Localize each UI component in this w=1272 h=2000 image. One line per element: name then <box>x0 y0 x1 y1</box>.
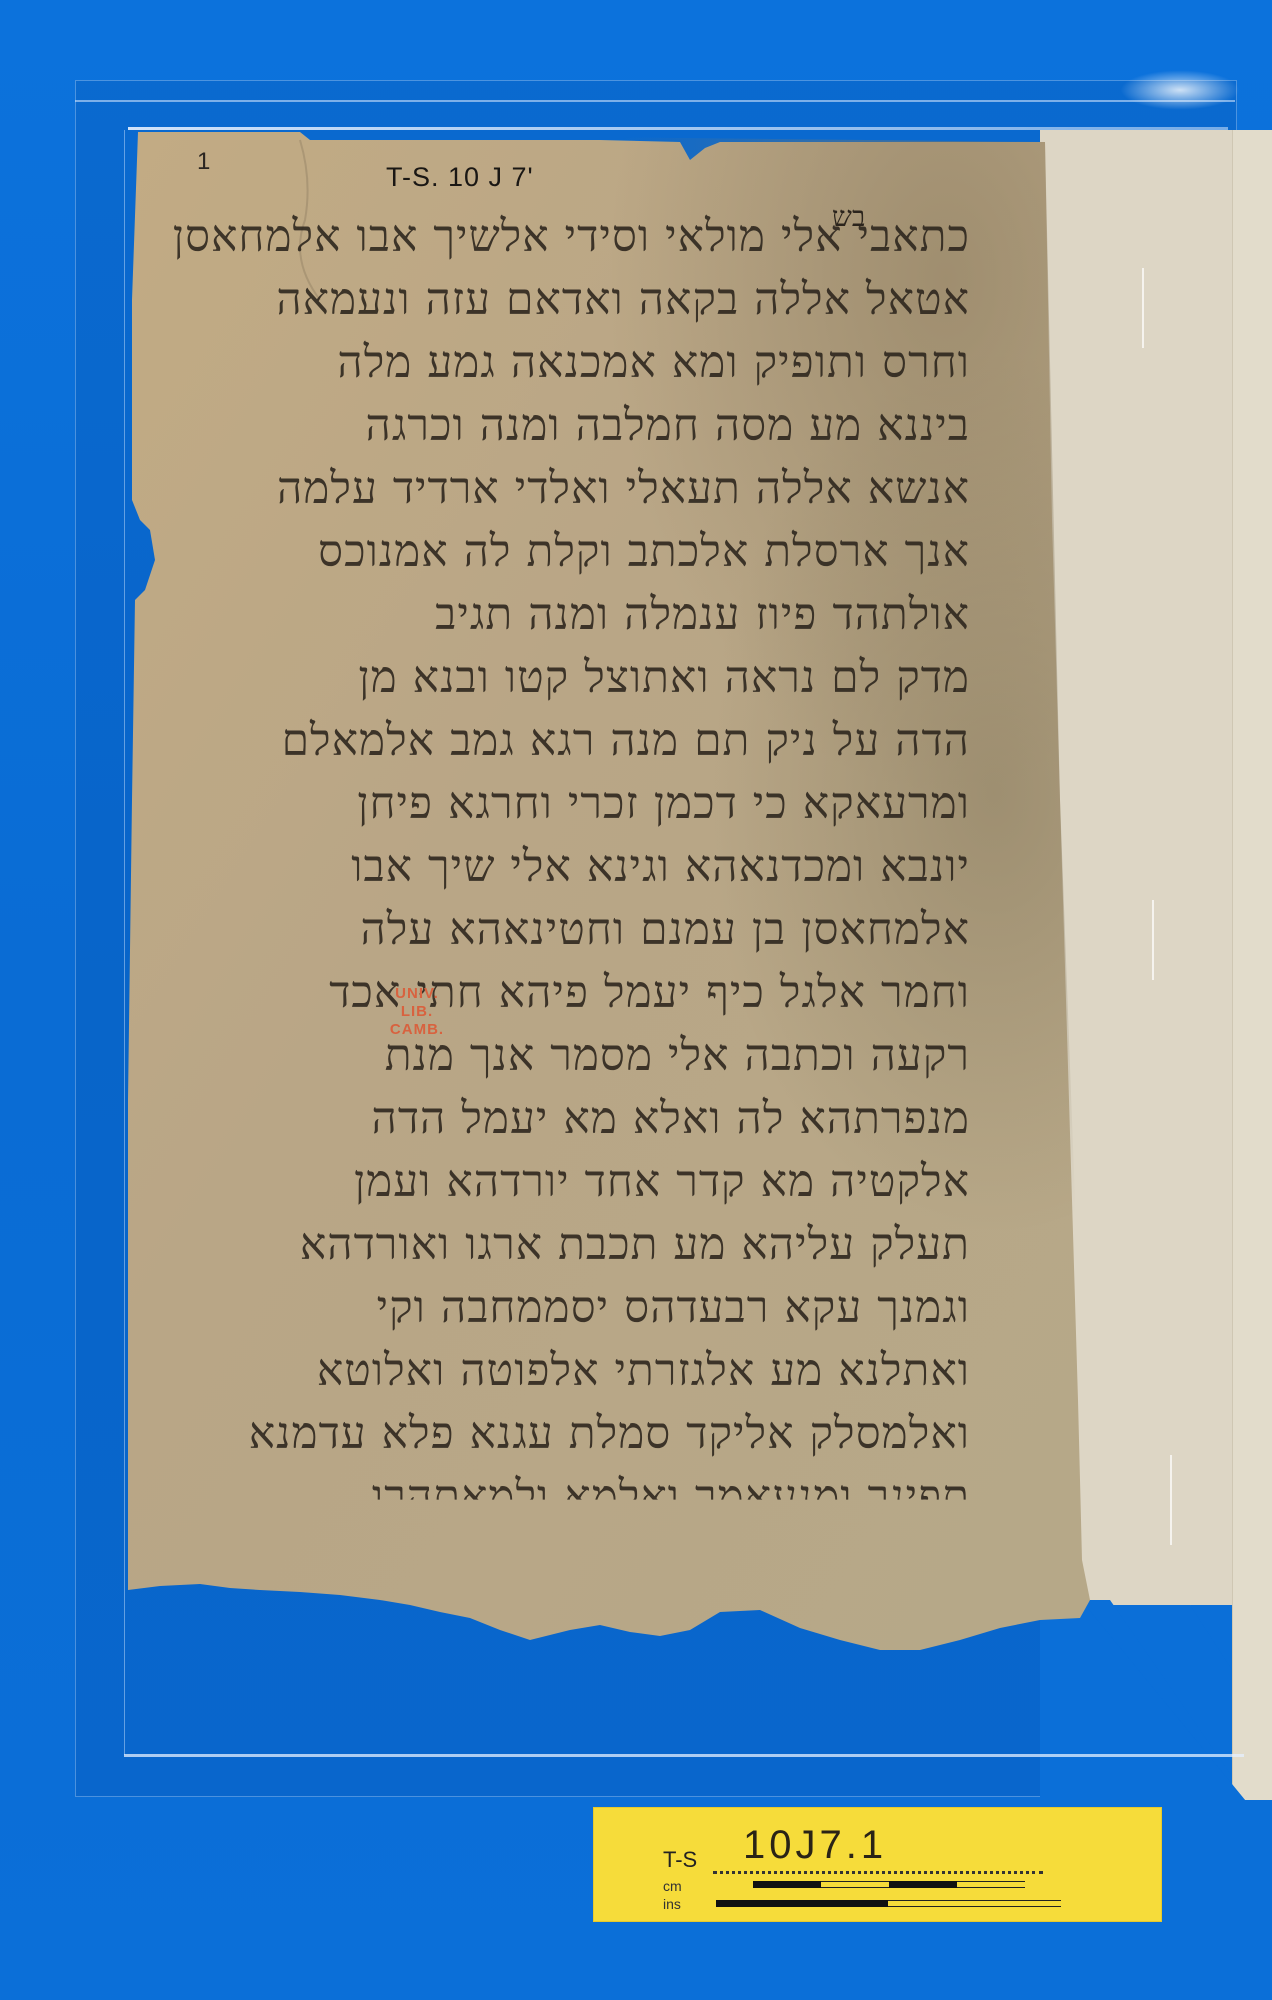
sleeve-edge-bottom <box>124 1754 1244 1757</box>
stamp-line: UNIV. <box>387 985 447 1003</box>
sleeve-edge-left <box>124 130 125 1755</box>
text-line: וחרס ותופיק ומא אמכנאה גמע מלה <box>150 331 970 394</box>
stamp-line: CAMB. <box>387 1021 447 1039</box>
scale-ins-label: ins <box>663 1896 681 1912</box>
text-line: אנך ארסלת אלכתב וקלת לה אמנוכס <box>150 520 970 583</box>
text-line: ואלמסלק אליקד סמלת עגנא פלא עדמנא <box>150 1402 970 1465</box>
text-line: וגמנך עקא רבעדהס יסממחבה וקי <box>150 1276 970 1339</box>
text-line: אנשא אללה תעאלי ואלדי ארדיד עלמה <box>150 457 970 520</box>
text-line: רקעה וכתבה אלי מסמר אנך מנת <box>150 1024 970 1087</box>
label-prefix: T-S <box>663 1847 697 1873</box>
text-line: וחמר אלגל כיף יעמל פיהא חתי אכד <box>150 961 970 1024</box>
stamp-line: LIB. <box>387 1003 447 1021</box>
text-line: ביננא מע מסה חמלבה ומנה וכרגה <box>150 394 970 457</box>
label-handwritten-number: 10J7.1 <box>743 1823 887 1868</box>
text-line: אלקטיה מא קדר אחד יורדהא ועמן <box>150 1150 970 1213</box>
shelfmark-label: T-S 10J7.1 cm ins <box>593 1807 1162 1922</box>
text-line: תעלק עליהא מע תכבת ארגו ואורדהא <box>150 1213 970 1276</box>
manuscript-text: כתאבי אלי מולאי וסידי אלשיך אבו אלמחאסן … <box>150 180 970 1528</box>
text-line-torn: תפינך ומנעאמך ואלמא ולמאתהרו <box>150 1465 970 1528</box>
text-line: מדק לם נראה ואתוצל קטו ובנא מן <box>150 646 970 709</box>
text-line: הדה על ניק תם מנה רגא גמב אלמאלם <box>150 709 970 772</box>
scale-cm-label: cm <box>663 1878 682 1894</box>
text-line: אטאל אללה בקאה ואדאם עזה ונעמאה <box>150 268 970 331</box>
text-line: מנפרתהא לה ואלא מא יעמל הדה <box>150 1087 970 1150</box>
text-line: יונבא ומכדנאהא וגינא אלי שיך אבו <box>150 835 970 898</box>
text-line: אולתהד פיוז ענמלה ומנה תגיב <box>150 583 970 646</box>
sleeve-edge-top <box>128 127 1228 130</box>
text-line: ואתלנא מע אלגזרתי אלפוטה ואלוטא <box>150 1339 970 1402</box>
library-stamp: UNIV. LIB. CAMB. <box>387 985 447 1039</box>
text-line: אלמחאסן בן עמנם וחטינאהא עלה <box>150 898 970 961</box>
text-line: כתאבי אלי מולאי וסידי אלשיך אבו אלמחאסן <box>150 205 970 268</box>
text-line: ומרעאקא כי דכמן זכרי וחרגא פיחן <box>150 772 970 835</box>
folio-number: 1 <box>197 148 210 176</box>
